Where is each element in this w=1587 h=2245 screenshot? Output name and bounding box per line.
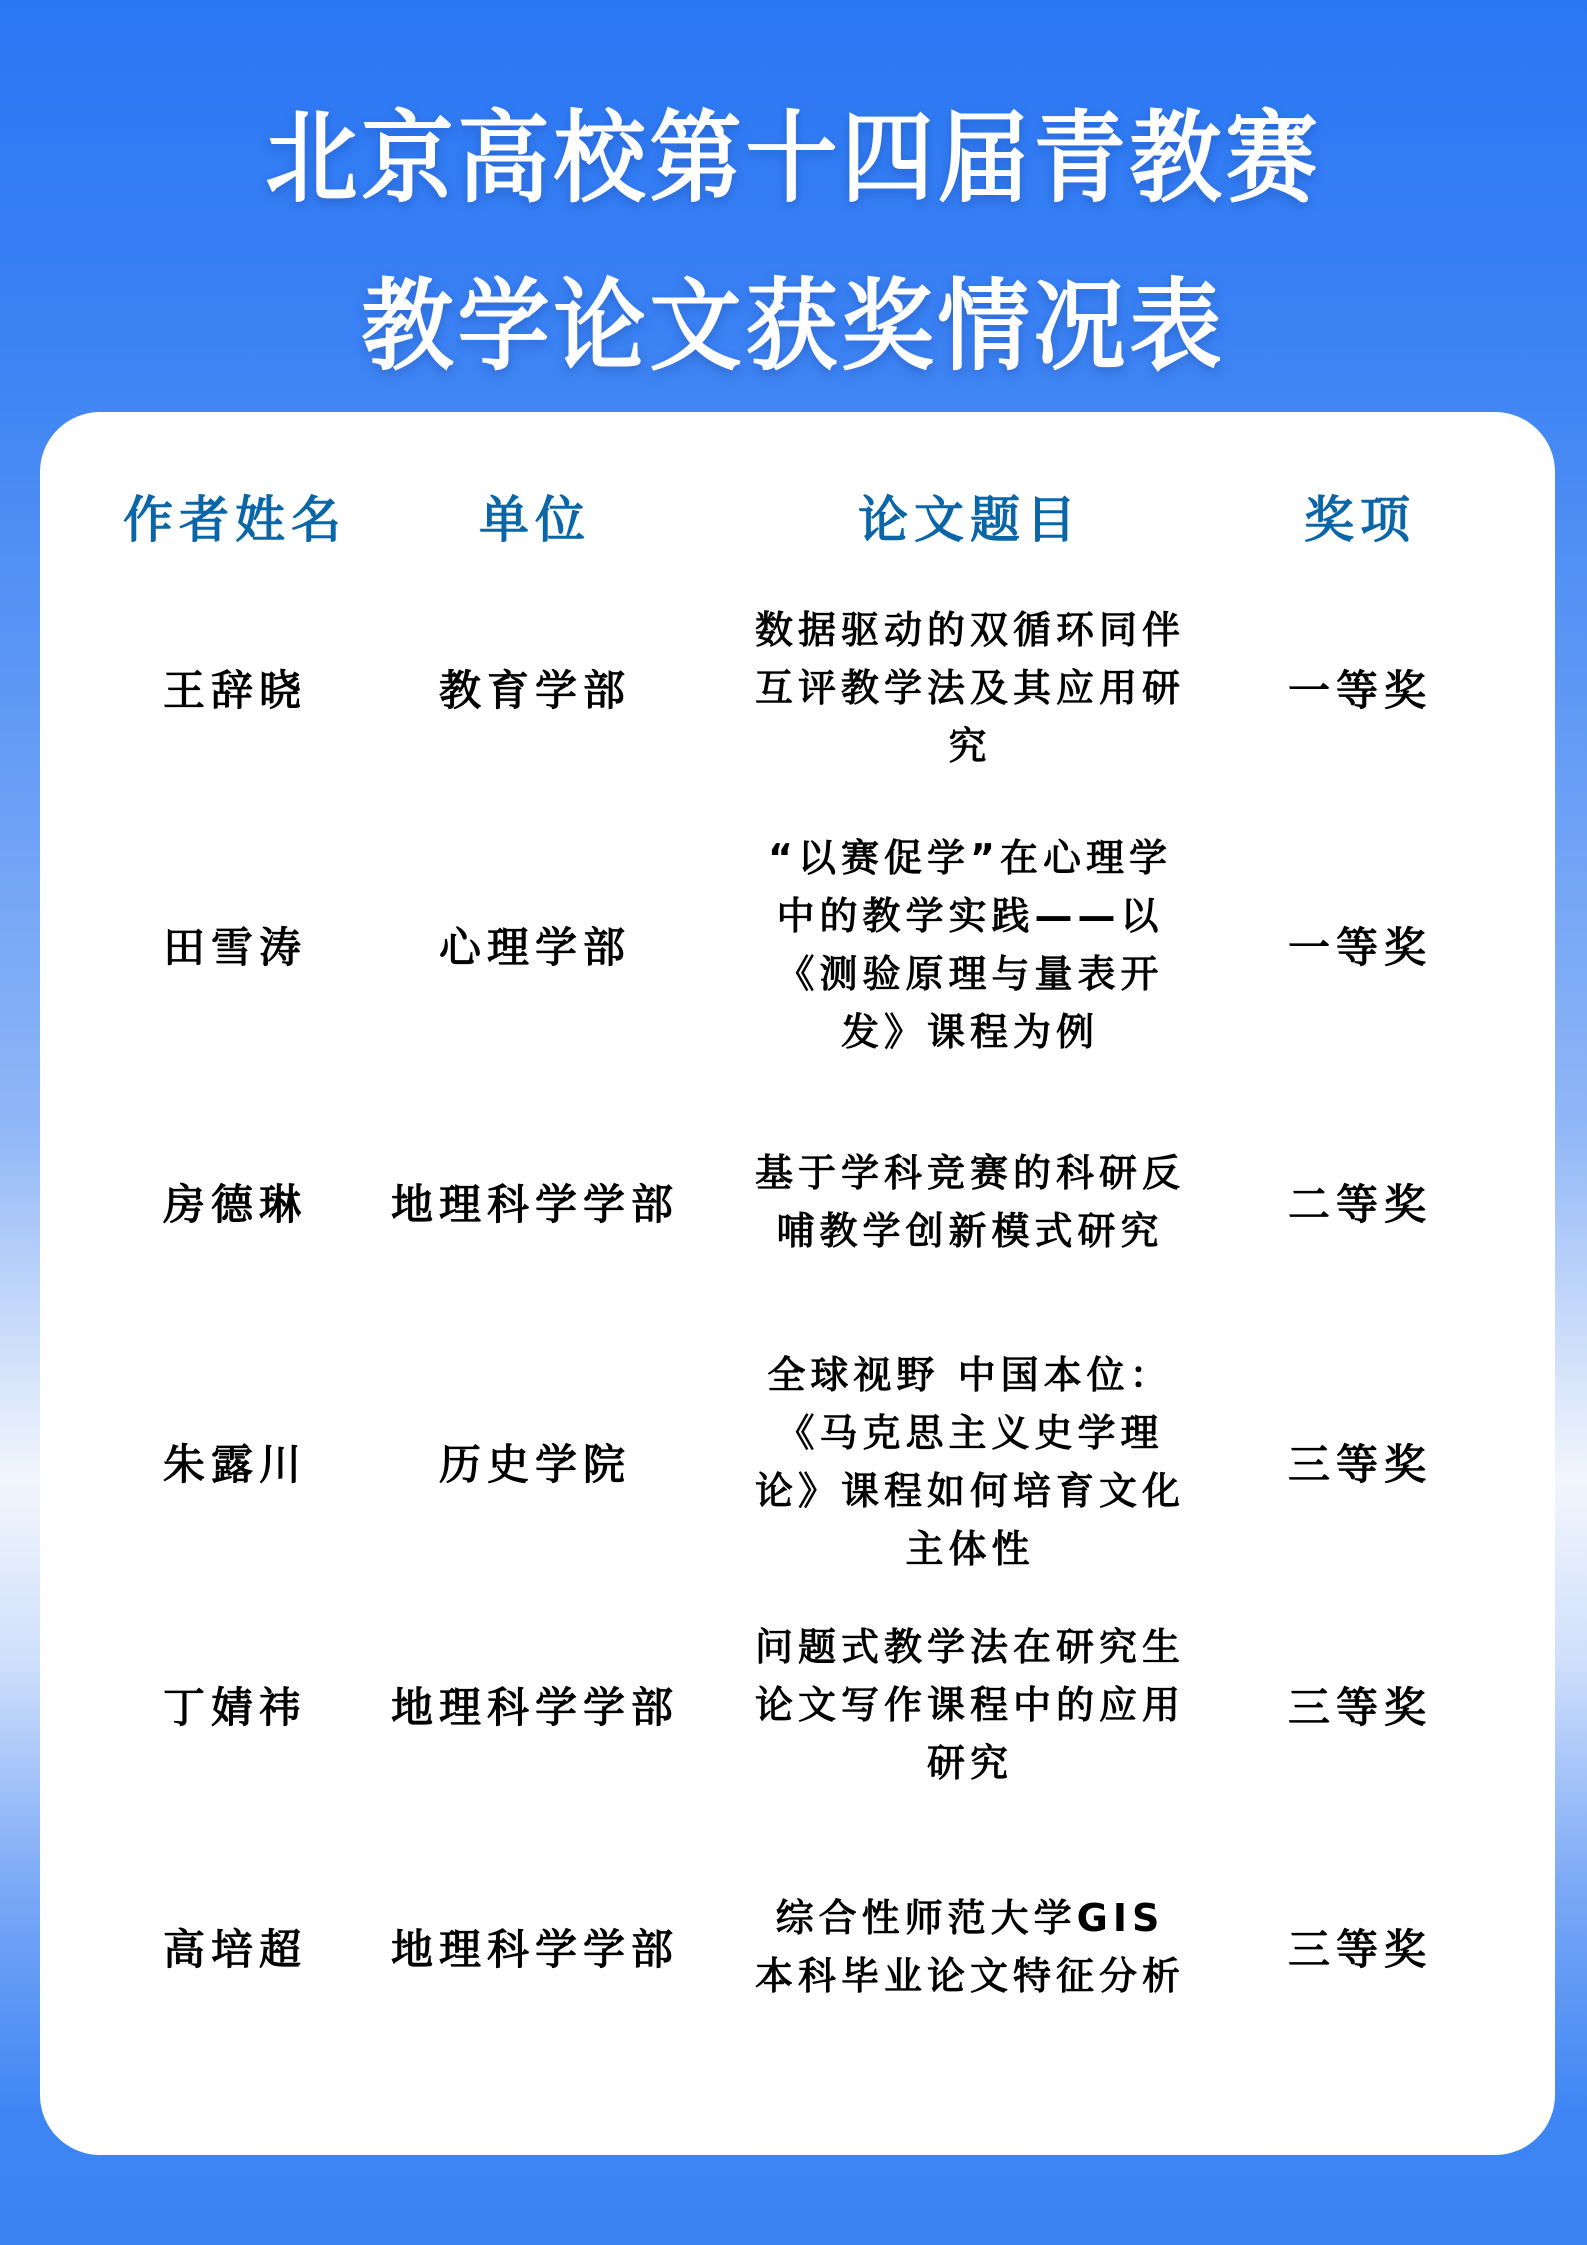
column-header-award: 奖项 (1304, 480, 1416, 552)
paper-title: 基于学科竞赛的科研反哺教学创新模式研究 (755, 1144, 1185, 1260)
author-name: 房德琳 (163, 1172, 307, 1232)
page-title-line-1: 北京高校第十四届青教赛 (0, 100, 1587, 219)
award-level: 三等奖 (1288, 1917, 1432, 1977)
column-header-title: 论文题目 (858, 480, 1082, 552)
award-level: 一等奖 (1288, 915, 1432, 975)
unit-name: 地理科学学部 (391, 1917, 679, 1977)
award-level: 三等奖 (1288, 1432, 1432, 1492)
paper-title: “以赛促学”在心理学中的教学实践——以《测验原理与量表开发》课程为例 (755, 829, 1185, 1061)
author-name: 田雪涛 (163, 915, 307, 975)
author-name: 朱露川 (163, 1432, 307, 1492)
award-level: 三等奖 (1288, 1675, 1432, 1735)
unit-name: 教育学部 (439, 658, 631, 718)
author-name: 丁婧祎 (163, 1675, 307, 1735)
column-header-unit: 单位 (479, 480, 591, 552)
awards-table-card: 作者姓名 单位 论文题目 奖项 王辞晓 教育学部 数据驱动的双循环同伴互评教学法… (40, 412, 1555, 2155)
award-level: 二等奖 (1288, 1172, 1432, 1232)
paper-title: 问题式教学法在研究生论文写作课程中的应用研究 (755, 1618, 1185, 1792)
column-header-author: 作者姓名 (123, 480, 347, 552)
paper-title: 综合性师范大学GIS本科毕业论文特征分析 (755, 1889, 1185, 2005)
paper-title: 数据驱动的双循环同伴互评教学法及其应用研究 (755, 601, 1185, 775)
paper-title: 全球视野 中国本位：《马克思主义史学理论》课程如何培育文化主体性 (755, 1346, 1185, 1578)
unit-name: 历史学院 (439, 1432, 631, 1492)
author-name: 王辞晓 (163, 658, 307, 718)
author-name: 高培超 (163, 1917, 307, 1977)
award-level: 一等奖 (1288, 658, 1432, 718)
unit-name: 地理科学学部 (391, 1172, 679, 1232)
page-title-line-2: 教学论文获奖情况表 (0, 268, 1587, 387)
unit-name: 心理学部 (439, 915, 631, 975)
unit-name: 地理科学学部 (391, 1675, 679, 1735)
